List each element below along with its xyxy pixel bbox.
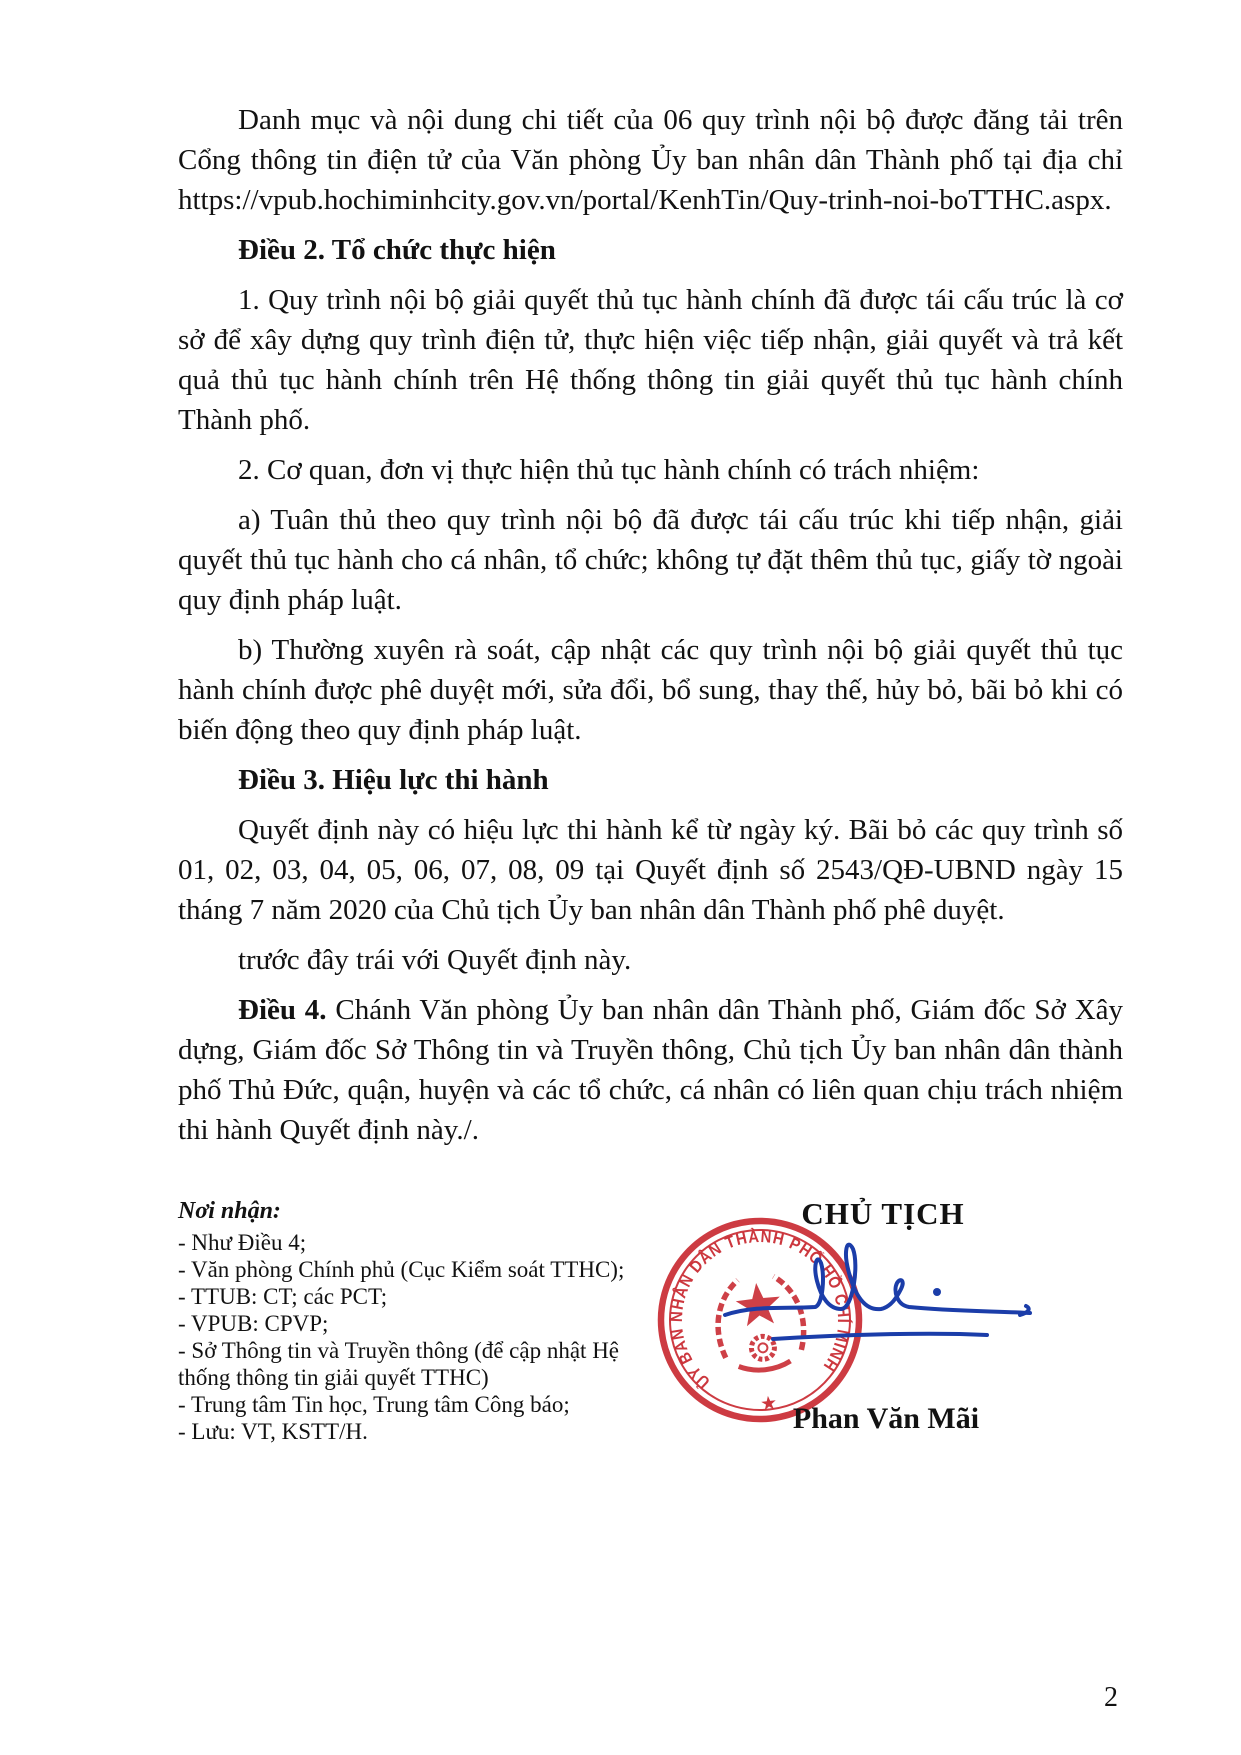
document-page: Danh mục và nội dung chi tiết của 06 quy… (0, 0, 1241, 1755)
paragraph-truoc-day: trước đây trái với Quyết định này. (178, 940, 1123, 980)
paragraph-a: a) Tuân thủ theo quy trình nội bộ đã đượ… (178, 500, 1123, 620)
paragraph-danh-muc: Danh mục và nội dung chi tiết của 06 quy… (178, 100, 1123, 220)
page-number: 2 (1104, 1682, 1118, 1714)
recipient-item: - Lưu: VT, KSTT/H. (178, 1418, 630, 1445)
recipient-item: - Sở Thông tin và Truyền thông (để cập n… (178, 1337, 630, 1391)
paragraph-dieu-4-lead: Điều 4. (238, 994, 327, 1026)
paragraph-2: 2. Cơ quan, đơn vị thực hiện thủ tục hàn… (178, 450, 1123, 490)
recipient-item: - Như Điều 4; (178, 1229, 630, 1256)
recipient-item: - Văn phòng Chính phủ (Cục Kiểm soát TTH… (178, 1256, 630, 1283)
paragraph-b: b) Thường xuyên rà soát, cập nhật các qu… (178, 630, 1123, 750)
signature-ink-icon (695, 1235, 1045, 1355)
heading-dieu-3: Điều 3. Hiệu lực thi hành (178, 760, 1123, 800)
signer-name: Phan Văn Mãi (700, 1402, 1072, 1436)
recipient-item: - TTUB: CT; các PCT; (178, 1283, 630, 1310)
recipients-label: Nơi nhận: (178, 1198, 630, 1225)
recipients-block: Nơi nhận: - Như Điều 4; - Văn phòng Chín… (178, 1198, 630, 1445)
paragraph-hieu-luc: Quyết định này có hiệu lực thi hành kể t… (178, 810, 1123, 930)
recipient-item: - Trung tâm Tin học, Trung tâm Công báo; (178, 1391, 630, 1418)
document-body: Danh mục và nội dung chi tiết của 06 quy… (178, 100, 1123, 1160)
heading-dieu-2: Điều 2. Tổ chức thực hiện (178, 230, 1123, 270)
paragraph-dieu-4: Điều 4. Chánh Văn phòng Ủy ban nhân dân … (178, 990, 1123, 1150)
recipient-item: - VPUB: CPVP; (178, 1310, 630, 1337)
paragraph-1: 1. Quy trình nội bộ giải quyết thủ tục h… (178, 280, 1123, 440)
